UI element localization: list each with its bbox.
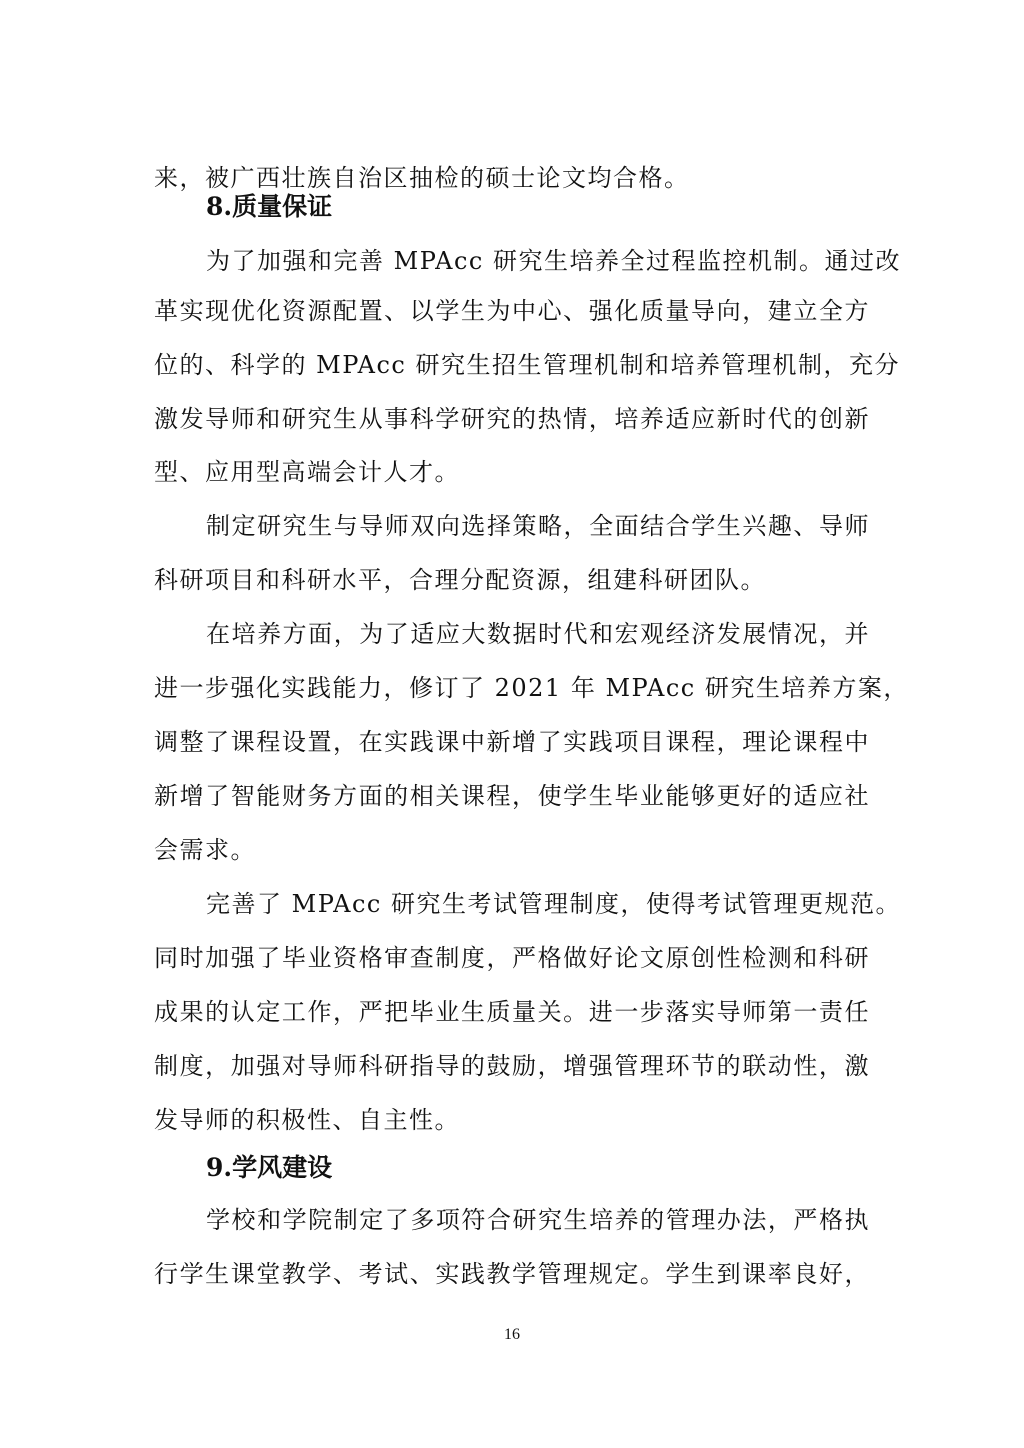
paragraph-line: 在培养方面，为了适应大数据时代和宏观经济发展情况，并 xyxy=(206,619,870,649)
paragraph-line: 行学生课堂教学、考试、实践教学管理规定。学生到课率良好， xyxy=(154,1259,870,1289)
paragraph-line: 制定研究生与导师双向选择策略，全面结合学生兴趣、导师 xyxy=(206,511,870,541)
document-page: 来，被广西壮族自治区抽检的硕士论文均合格。 8.质量保证 为了加强和完善 MPA… xyxy=(0,0,1024,1448)
paragraph-line: 激发导师和研究生从事科学研究的热情，培养适应新时代的创新 xyxy=(154,404,870,434)
paragraph-line: 同时加强了毕业资格审查制度，严格做好论文原创性检测和科研 xyxy=(154,943,870,973)
paragraph-line: 发导师的积极性、自主性。 xyxy=(154,1105,870,1135)
paragraph-line: 型、应用型高端会计人才。 xyxy=(154,457,870,487)
paragraph-line: 会需求。 xyxy=(154,835,870,865)
paragraph-line: 科研项目和科研水平，合理分配资源，组建科研团队。 xyxy=(154,565,870,595)
paragraph-line: 学校和学院制定了多项符合研究生培养的管理办法，严格执 xyxy=(206,1205,870,1235)
paragraph-line: 革实现优化资源配置、以学生为中心、强化质量导向，建立全方 xyxy=(154,296,870,326)
paragraph-line: 调整了课程设置，在实践课中新增了实践项目课程，理论课程中 xyxy=(154,727,870,757)
paragraph-line: 位的、科学的 MPAcc 研究生招生管理机制和培养管理机制，充分 xyxy=(154,350,870,380)
section-heading-study-style: 9.学风建设 xyxy=(206,1153,332,1183)
paragraph-line: 新增了智能财务方面的相关课程，使学生毕业能够更好的适应社 xyxy=(154,781,870,811)
paragraph-line: 成果的认定工作，严把毕业生质量关。进一步落实导师第一责任 xyxy=(154,997,870,1027)
paragraph-line: 为了加强和完善 MPAcc 研究生培养全过程监控机制。通过改 xyxy=(206,246,870,276)
paragraph-line: 进一步强化实践能力，修订了 2021 年 MPAcc 研究生培养方案， xyxy=(154,673,870,703)
paragraph-line: 完善了 MPAcc 研究生考试管理制度，使得考试管理更规范。 xyxy=(206,889,870,919)
page-number: 16 xyxy=(0,1326,1024,1344)
paragraph-line: 制度，加强对导师科研指导的鼓励，增强管理环节的联动性，激 xyxy=(154,1051,870,1081)
paragraph-line: 来，被广西壮族自治区抽检的硕士论文均合格。 xyxy=(154,163,870,193)
section-heading-quality-assurance: 8.质量保证 xyxy=(206,192,332,222)
